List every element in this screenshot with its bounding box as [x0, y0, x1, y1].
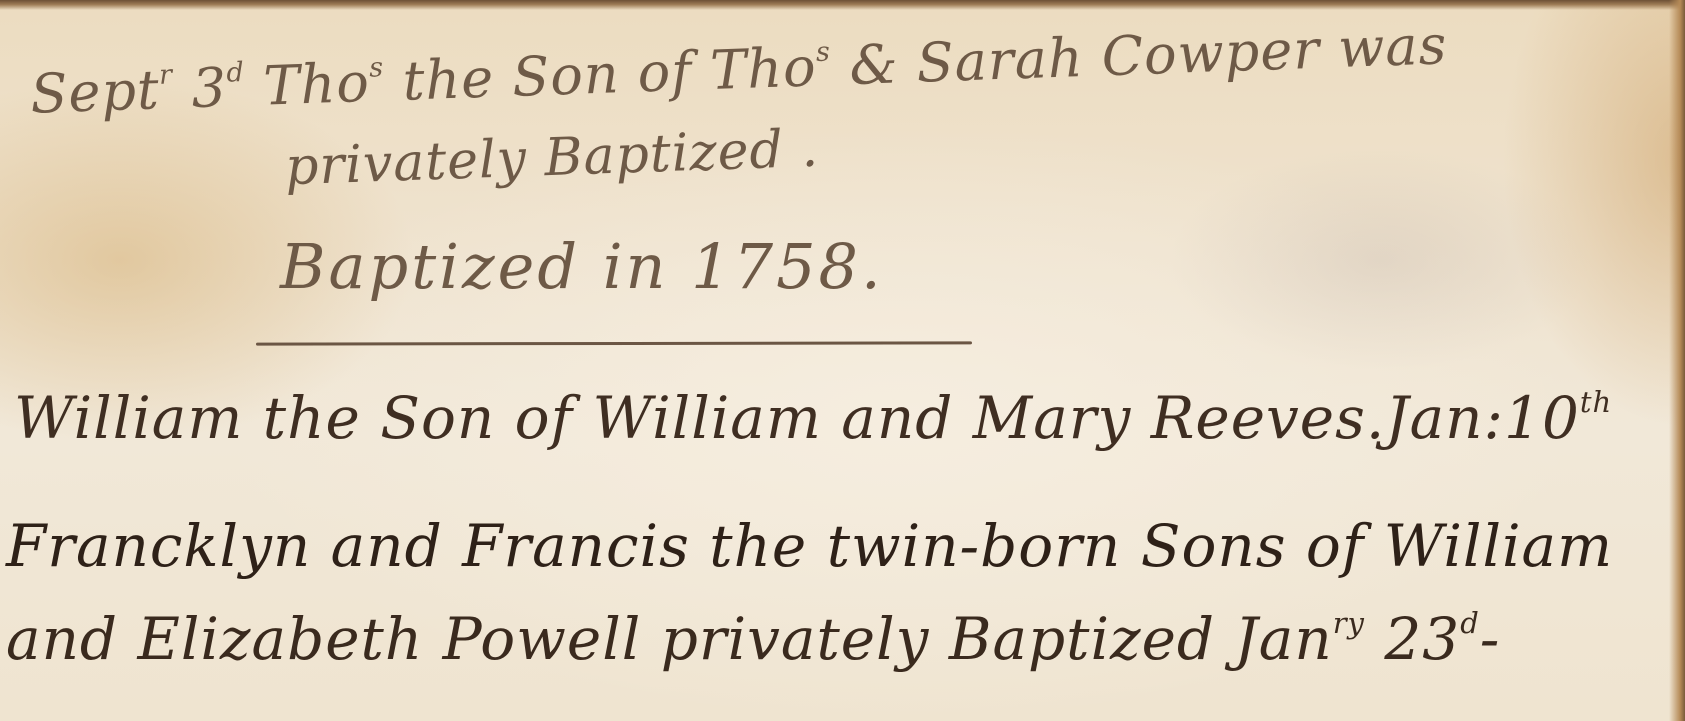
entry-cowper-line-1: Septr 3d Thos the Son of Thos & Sarah Co…	[29, 13, 1448, 125]
entry-text: the Son of Tho	[383, 35, 817, 113]
superscript: s	[369, 52, 385, 83]
section-heading: Baptized in 1758.	[280, 230, 884, 303]
heading-underline	[256, 341, 972, 345]
entry-text: -	[1480, 605, 1501, 673]
superscript: d	[1460, 606, 1480, 640]
superscript: r	[159, 59, 174, 90]
page-right-edge	[1669, 0, 1685, 721]
entry-date: 23	[1365, 605, 1460, 673]
entry-date-month: Sept	[29, 58, 160, 125]
entry-text: and Elizabeth Powell privately Baptized …	[6, 605, 1333, 673]
superscript: ry	[1333, 606, 1365, 640]
entry-text: Tho	[244, 51, 371, 118]
superscript: th	[1580, 385, 1612, 419]
superscript: s	[815, 36, 831, 67]
entry-powell-line-1: Francklyn and Francis the twin-born Sons…	[6, 512, 1613, 580]
entry-reeves: William the Son of William and Mary Reev…	[14, 384, 1612, 452]
manuscript-page: Septr 3d Thos the Son of Thos & Sarah Co…	[0, 0, 1685, 721]
entry-powell-line-2: and Elizabeth Powell privately Baptized …	[6, 605, 1500, 673]
entry-date: Jan:10	[1385, 384, 1580, 452]
superscript: d	[226, 57, 245, 89]
entry-cowper-line-2: privately Baptized .	[284, 119, 820, 198]
page-top-edge	[0, 0, 1685, 10]
entry-date-day: 3	[172, 56, 228, 121]
entry-text: & Sarah Cowper was	[830, 13, 1448, 97]
entry-text: William the Son of William and Mary Reev…	[14, 384, 1385, 452]
